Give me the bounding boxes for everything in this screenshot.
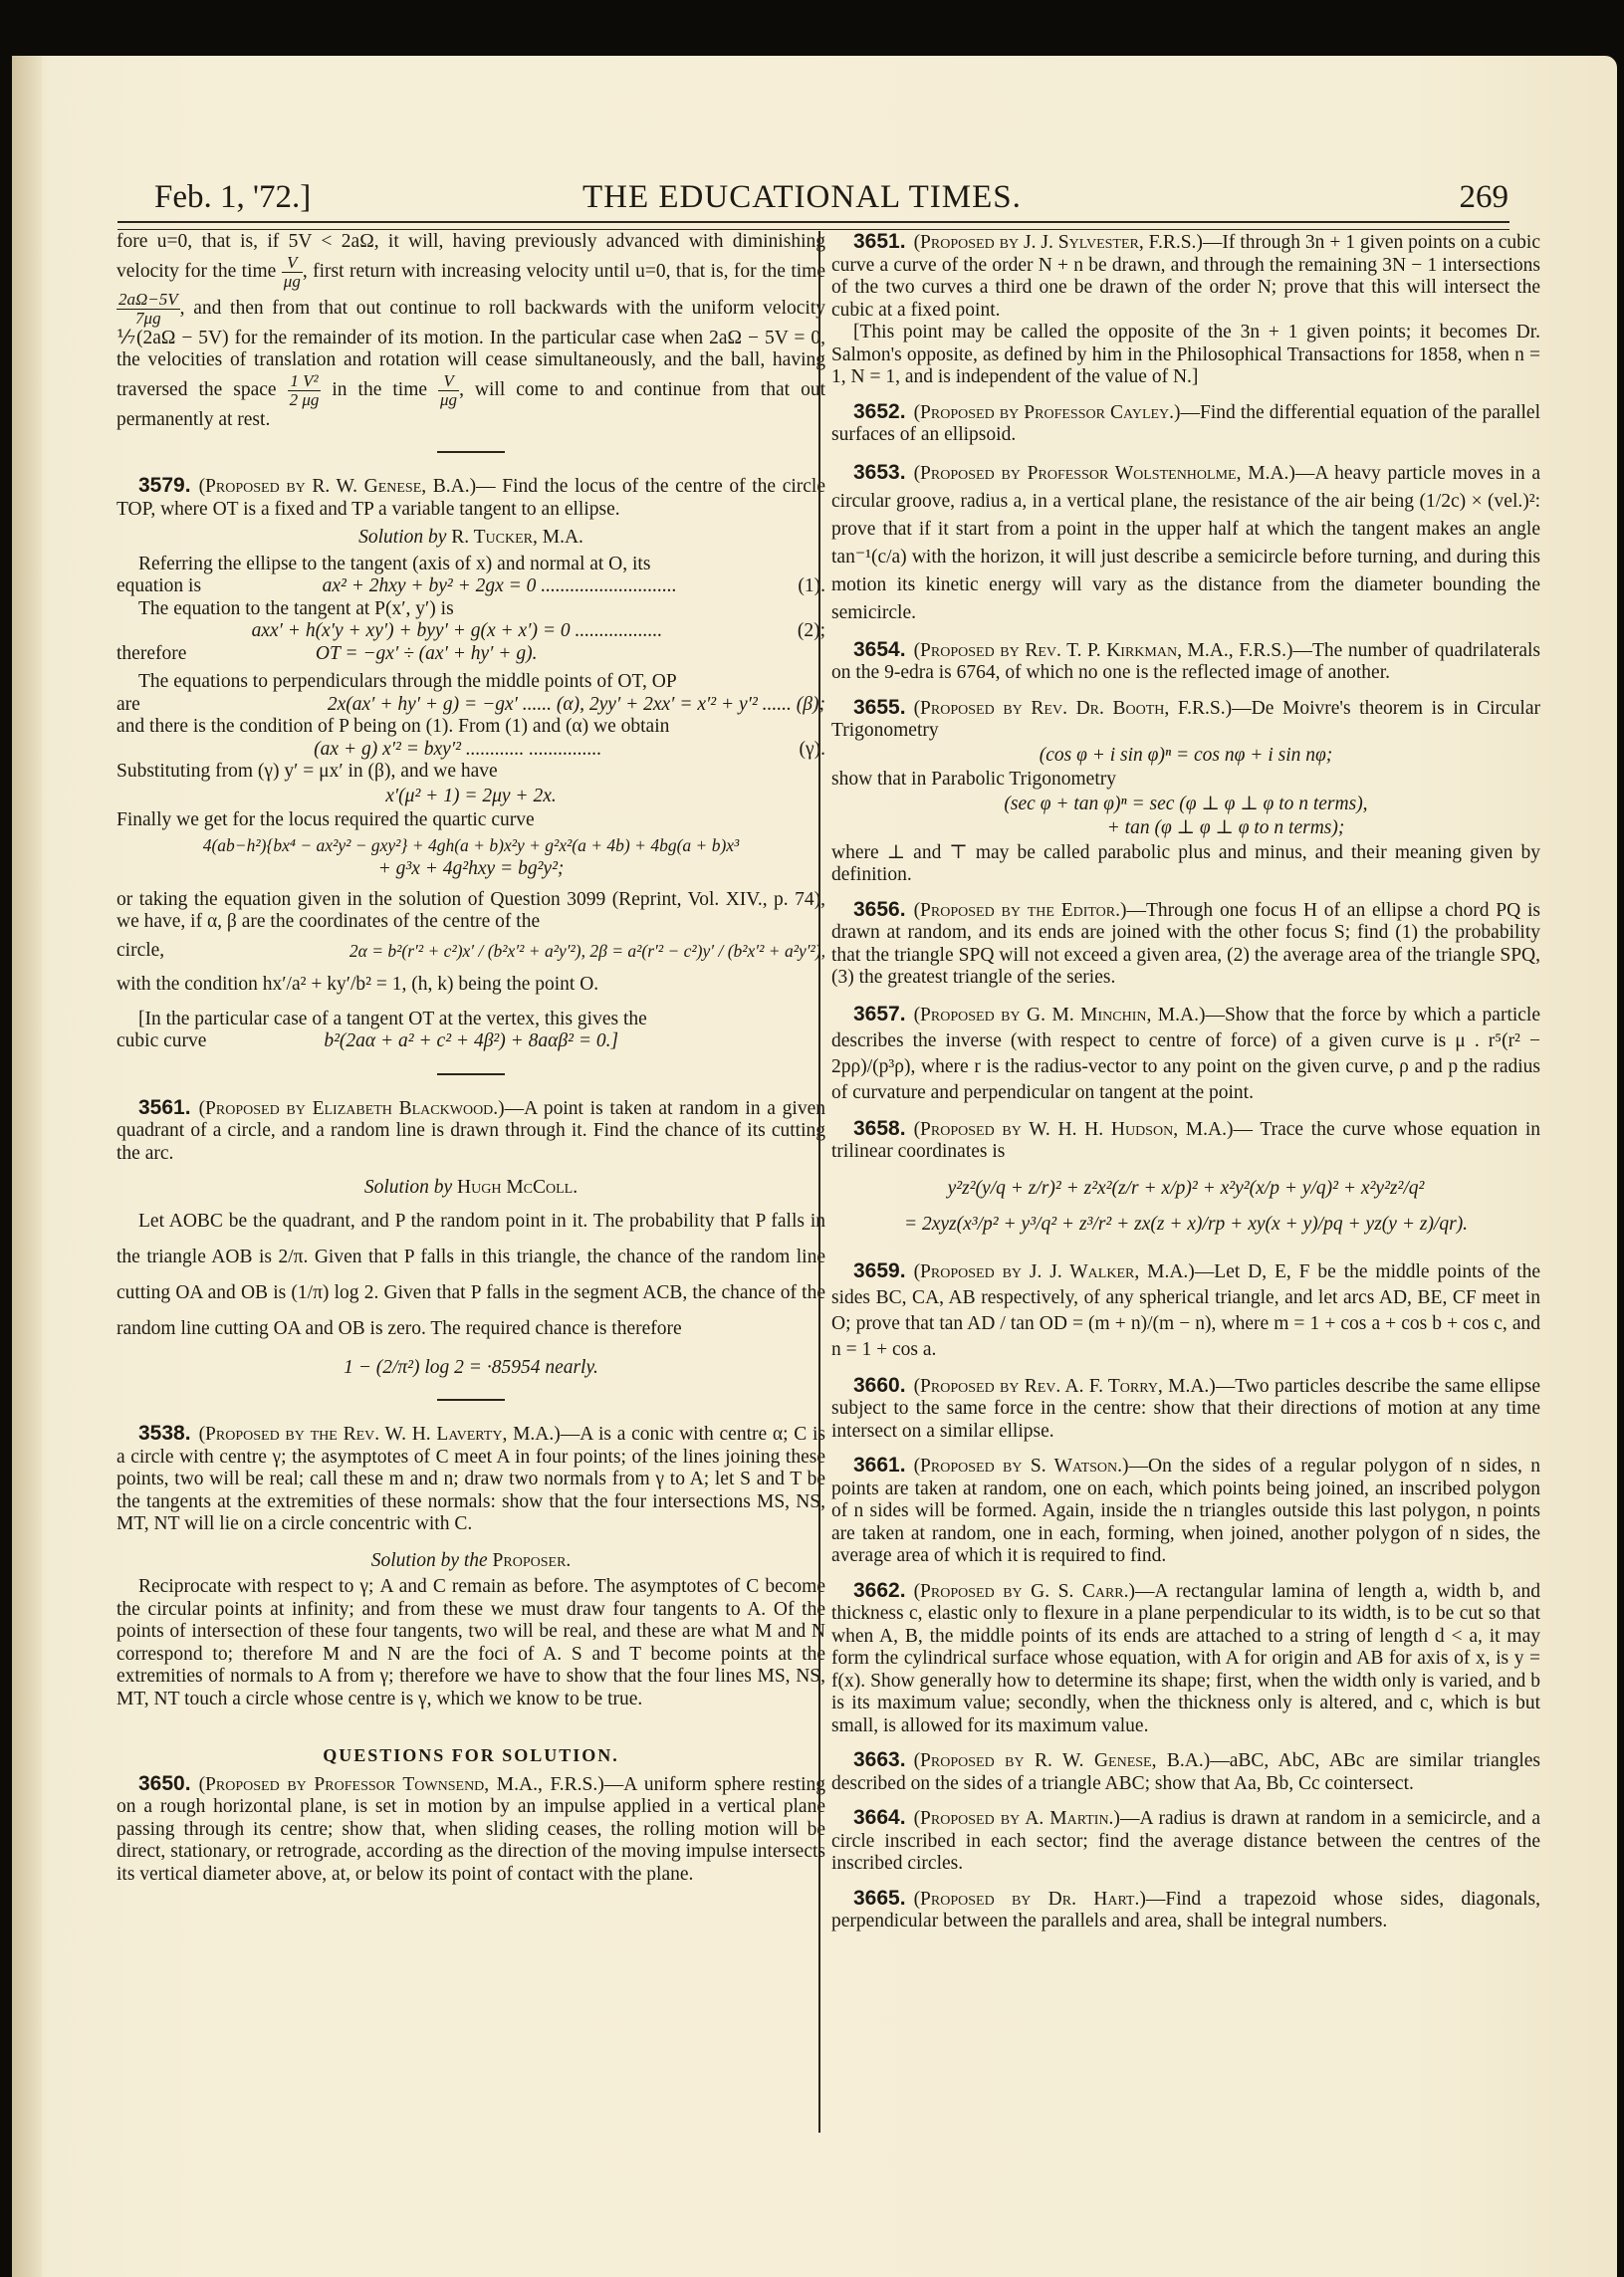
equation-4: are2x(ax′ + hy′ + g) = −gx′ ...... (α), …: [116, 694, 825, 717]
fraction: Vμg: [282, 254, 303, 291]
question-number: 3653.: [853, 461, 906, 484]
question-text: —A rectangular lamina of length a, width…: [831, 1581, 1540, 1736]
question-3579: 3579.(Proposed by R. W. Genese, B.A.)— F…: [116, 475, 825, 1053]
book-gutter: [12, 56, 42, 2277]
question-statement: 3658.(Proposed by W. H. H. Hudson, M.A.)…: [831, 1118, 1540, 1164]
question-3650: 3650.(Proposed by Professor Townsend, M.…: [116, 1773, 825, 1887]
proposer: (Proposed by Rev. A. F. Torry, M.A.): [914, 1376, 1216, 1397]
question-number: 3659.: [853, 1259, 906, 1282]
question-3659: 3659.(Proposed by J. J. Walker, M.A.)—Le…: [831, 1258, 1540, 1363]
question-3658: 3658.(Proposed by W. H. H. Hudson, M.A.)…: [831, 1118, 1540, 1237]
equation-tag: (1).: [798, 575, 825, 598]
solver: Proposer.: [493, 1550, 572, 1571]
solution-label: Solution by: [358, 527, 446, 548]
question-number: 3665.: [853, 1887, 906, 1910]
question-statement: 3650.(Proposed by Professor Townsend, M.…: [116, 1773, 825, 1887]
section-divider: [437, 451, 505, 453]
question-statement: 3654.(Proposed by Rev. T. P. Kirkman, M.…: [831, 639, 1540, 685]
solution-heading: Solution by the Proposer.: [116, 1550, 825, 1573]
question-number: 3662.: [853, 1579, 906, 1602]
paragraph: with the condition hx′/a² + ky′/b² = 1, …: [116, 974, 825, 997]
label: therefore: [116, 643, 186, 666]
proposer: (Proposed by W. H. H. Hudson, M.A.): [914, 1119, 1234, 1140]
question-3664: 3664.(Proposed by A. Martin.)—A radius i…: [831, 1807, 1540, 1876]
proposer: (Proposed by G. S. Carr.): [914, 1581, 1135, 1602]
question-3652: 3652.(Proposed by Professor Cayley.)—Fin…: [831, 401, 1540, 447]
question-3657: 3657.(Proposed by G. M. Minchin, M.A.)—S…: [831, 1002, 1540, 1106]
question-number: 3664.: [853, 1806, 906, 1829]
proposer: (Proposed by J. J. Walker, M.A.): [914, 1261, 1195, 1282]
label: cubic curve: [116, 1030, 206, 1053]
paragraph: show that in Parabolic Trigonometry: [831, 769, 1540, 792]
proposer: (Proposed by A. Martin.): [914, 1808, 1120, 1829]
text: , first return with increasing velocity …: [303, 260, 825, 281]
equation-8: circle,2α = b²(r′² + c²)x′ / (b²x′² + a²…: [116, 940, 825, 963]
left-column: fore u=0, that is, if 5V < 2aΩ, it will,…: [116, 231, 825, 1886]
equation-7b: + g³x + 4g²hxy = bg²y²;: [116, 858, 825, 881]
equation-tag: (γ).: [800, 739, 825, 762]
solver: R. Tucker, M.A.: [451, 527, 583, 548]
question-3663: 3663.(Proposed by R. W. Genese, B.A.)—aB…: [831, 1749, 1540, 1795]
proposer: (Proposed by the Editor.): [914, 900, 1127, 921]
text: in the time: [332, 378, 427, 399]
equation-6: x′(μ² + 1) = 2μy + 2x.: [116, 786, 825, 808]
equation: ax² + 2hxy + by² + 2gx = 0 .............…: [323, 575, 677, 598]
paragraph: [In the particular case of a tangent OT …: [116, 1009, 825, 1031]
question-number: 3538.: [138, 1422, 191, 1445]
equation: b²(2aα + a² + c² + 4β²) + 8aαβ² = 0.]: [324, 1030, 618, 1053]
question-statement: 3663.(Proposed by R. W. Genese, B.A.)—aB…: [831, 1749, 1540, 1795]
header-rule: [117, 221, 1509, 230]
equation-1: equation isax² + 2hxy + by² + 2gx = 0 ..…: [116, 575, 825, 598]
equation-3: thereforeOT = −gx′ ÷ (ax′ + hy′ + g).: [116, 643, 825, 666]
solution-label: Solution by: [364, 1177, 452, 1198]
question-3655: 3655.(Proposed by Rev. Dr. Booth, F.R.S.…: [831, 697, 1540, 887]
question-3665: 3665.(Proposed by Dr. Hart.)—Find a trap…: [831, 1888, 1540, 1934]
header-date: Feb. 1, '72.]: [154, 179, 311, 216]
proposer: (Proposed by R. W. Genese, B.A.): [199, 476, 477, 497]
solution-heading: Solution by R. Tucker, M.A.: [116, 527, 825, 550]
question-statement: 3579.(Proposed by R. W. Genese, B.A.)— F…: [116, 475, 825, 521]
paragraph: The equations to perpendiculars through …: [116, 671, 825, 694]
equation: = 2xyz(x³/p² + y³/q² + z³/r² + zx(z + x)…: [831, 1214, 1540, 1237]
question-statement: 3660.(Proposed by Rev. A. F. Torry, M.A.…: [831, 1375, 1540, 1444]
proposer: (Proposed by Rev. Dr. Booth, F.R.S.): [914, 698, 1233, 719]
solution-label: Solution by the: [371, 1550, 488, 1571]
equation: y²z²(y/q + z/r)² + z²x²(z/r + x/p)² + x²…: [831, 1178, 1540, 1201]
solution-heading: Solution by Hugh McColl.: [116, 1177, 825, 1200]
proposer: (Proposed by R. W. Genese, B.A.): [914, 1750, 1211, 1771]
question-statement: 3655.(Proposed by Rev. Dr. Booth, F.R.S.…: [831, 697, 1540, 743]
question-3561: 3561.(Proposed by Elizabeth Blackwood.)—…: [116, 1097, 825, 1380]
question-number: 3579.: [138, 474, 191, 497]
question-number: 3651.: [853, 230, 906, 253]
question-number: 3654.: [853, 638, 906, 661]
question-3656: 3656.(Proposed by the Editor.)—Through o…: [831, 899, 1540, 990]
paragraph: Let AOBC be the quadrant, and P the rand…: [116, 1204, 825, 1347]
question-number: 3561.: [138, 1096, 191, 1119]
question-text: —A heavy particle moves in a circular gr…: [831, 463, 1540, 623]
fraction: 2aΩ−5V7μg: [116, 291, 180, 328]
equation: 2x(ax′ + hy′ + g) = −gx′ ...... (α), 2yy…: [328, 694, 825, 717]
question-number: 3650.: [138, 1772, 191, 1795]
equation-2: axx′ + h(x′y + xy′) + byy′ + g(x + x′) =…: [116, 620, 825, 643]
proposer: (Proposed by G. M. Minchin, M.A.): [914, 1005, 1206, 1025]
question-statement: 3656.(Proposed by the Editor.)—Through o…: [831, 899, 1540, 990]
fraction: Vμg: [438, 372, 459, 409]
column-divider: [818, 231, 820, 2133]
equation: axx′ + h(x′y + xy′) + byy′ + g(x + x′) =…: [252, 620, 663, 643]
paragraph: Referring the ellipse to the tangent (ax…: [116, 554, 825, 576]
question-statement: 3653.(Proposed by Professor Wolstenholme…: [831, 459, 1540, 627]
paragraph: Reciprocate with respect to γ; A and C r…: [116, 1576, 825, 1710]
equation-5: (ax + g) x′² = bxy′² ............ ......…: [116, 739, 825, 762]
paragraph: Substituting from (γ) y′ = μx′ in (β), a…: [116, 761, 825, 784]
equation: 2α = b²(r′² + c²)x′ / (b²x′² + a²y′²), 2…: [349, 940, 825, 963]
page-number: 269: [1460, 179, 1509, 216]
question-3661: 3661.(Proposed by S. Watson.)—On the sid…: [831, 1455, 1540, 1568]
header-title: THE EDUCATIONAL TIMES.: [582, 179, 1022, 216]
equation: 1 − (2/π²) log 2 = ·85954 nearly.: [116, 1357, 825, 1380]
question-statement: 3661.(Proposed by S. Watson.)—On the sid…: [831, 1455, 1540, 1568]
equation-tag: (2);: [798, 620, 825, 643]
question-statement: 3561.(Proposed by Elizabeth Blackwood.)—…: [116, 1097, 825, 1166]
paragraph: and there is the condition of P being on…: [116, 716, 825, 739]
section-divider: [437, 1073, 505, 1075]
equation: (cos φ + i sin φ)ⁿ = cos nφ + i sin nφ;: [831, 745, 1540, 768]
question-statement: 3664.(Proposed by A. Martin.)—A radius i…: [831, 1807, 1540, 1876]
paragraph: Finally we get for the locus required th…: [116, 809, 825, 832]
proposer: (Proposed by Dr. Hart.): [914, 1889, 1146, 1910]
question-3660: 3660.(Proposed by Rev. A. F. Torry, M.A.…: [831, 1375, 1540, 1444]
question-number: 3663.: [853, 1748, 906, 1771]
question-statement: 3659.(Proposed by J. J. Walker, M.A.)—Le…: [831, 1258, 1540, 1363]
question-3538: 3538.(Proposed by the Rev. W. H. Laverty…: [116, 1423, 825, 1710]
equation-10: cubic curveb²(2aα + a² + c² + 4β²) + 8aα…: [116, 1030, 825, 1053]
editorial-note: [This point may be called the opposite o…: [831, 322, 1540, 389]
continuation-paragraph: fore u=0, that is, if 5V < 2aΩ, it will,…: [116, 231, 825, 431]
question-number: 3655.: [853, 696, 906, 719]
question-statement: 3665.(Proposed by Dr. Hart.)—Find a trap…: [831, 1888, 1540, 1934]
running-header: Feb. 1, '72.] THE EDUCATIONAL TIMES. 269: [154, 179, 1508, 219]
question-statement: 3662.(Proposed by G. S. Carr.)—A rectang…: [831, 1580, 1540, 1738]
equation: + tan (φ ⊥ φ ⊥ φ to n terms);: [831, 817, 1540, 840]
question-number: 3661.: [853, 1454, 906, 1477]
question-3653: 3653.(Proposed by Professor Wolstenholme…: [831, 459, 1540, 627]
proposer: (Proposed by Elizabeth Blackwood.): [199, 1098, 505, 1119]
equation-7a: 4(ab−h²){bx⁴ − ax²y² − gxy²} + 4gh(a + b…: [116, 834, 825, 857]
proposer: (Proposed by J. J. Sylvester, F.R.S.): [914, 232, 1203, 253]
section-heading: QUESTIONS FOR SOLUTION.: [116, 1744, 825, 1767]
question-3651: 3651.(Proposed by J. J. Sylvester, F.R.S…: [831, 231, 1540, 389]
proposer: (Proposed by Professor Wolstenholme, M.A…: [914, 463, 1295, 484]
equation: OT = −gx′ ÷ (ax′ + hy′ + g).: [316, 643, 538, 666]
question-3662: 3662.(Proposed by G. S. Carr.)—A rectang…: [831, 1580, 1540, 1738]
paragraph: The equation to the tangent at P(x′, y′)…: [116, 598, 825, 621]
question-3654: 3654.(Proposed by Rev. T. P. Kirkman, M.…: [831, 639, 1540, 685]
question-statement: 3651.(Proposed by J. J. Sylvester, F.R.S…: [831, 231, 1540, 322]
proposer: (Proposed by Professor Cayley.): [914, 402, 1181, 423]
label: are: [116, 694, 140, 717]
proposer: (Proposed by the Rev. W. H. Laverty, M.A…: [199, 1424, 561, 1445]
paragraph: where ⊥ and ⊤ may be called parabolic pl…: [831, 842, 1540, 887]
proposer: (Proposed by Professor Townsend, M.A., F…: [199, 1774, 604, 1795]
proposer: (Proposed by Rev. T. P. Kirkman, M.A., F…: [914, 640, 1293, 661]
question-number: 3660.: [853, 1374, 906, 1397]
question-statement: 3652.(Proposed by Professor Cayley.)—Fin…: [831, 401, 1540, 447]
question-statement: 3657.(Proposed by G. M. Minchin, M.A.)—S…: [831, 1002, 1540, 1106]
equation: (ax + g) x′² = bxy′² ............ ......…: [314, 739, 601, 762]
solver: Hugh McColl.: [457, 1177, 578, 1198]
proposer: (Proposed by S. Watson.): [914, 1456, 1129, 1477]
label: circle,: [116, 940, 164, 963]
question-number: 3652.: [853, 400, 906, 423]
equation: (sec φ + tan φ)ⁿ = sec (φ ⊥ φ ⊥ φ to n t…: [831, 794, 1540, 816]
fraction: 1 V²2 μg: [288, 372, 322, 409]
question-statement: 3538.(Proposed by the Rev. W. H. Laverty…: [116, 1423, 825, 1536]
right-column: 3651.(Proposed by J. J. Sylvester, F.R.S…: [831, 231, 1540, 1934]
question-number: 3658.: [853, 1117, 906, 1140]
paragraph: or taking the equation given in the solu…: [116, 889, 825, 934]
section-divider: [437, 1399, 505, 1401]
question-number: 3657.: [853, 1003, 906, 1025]
question-number: 3656.: [853, 898, 906, 921]
label: equation is: [116, 575, 201, 598]
